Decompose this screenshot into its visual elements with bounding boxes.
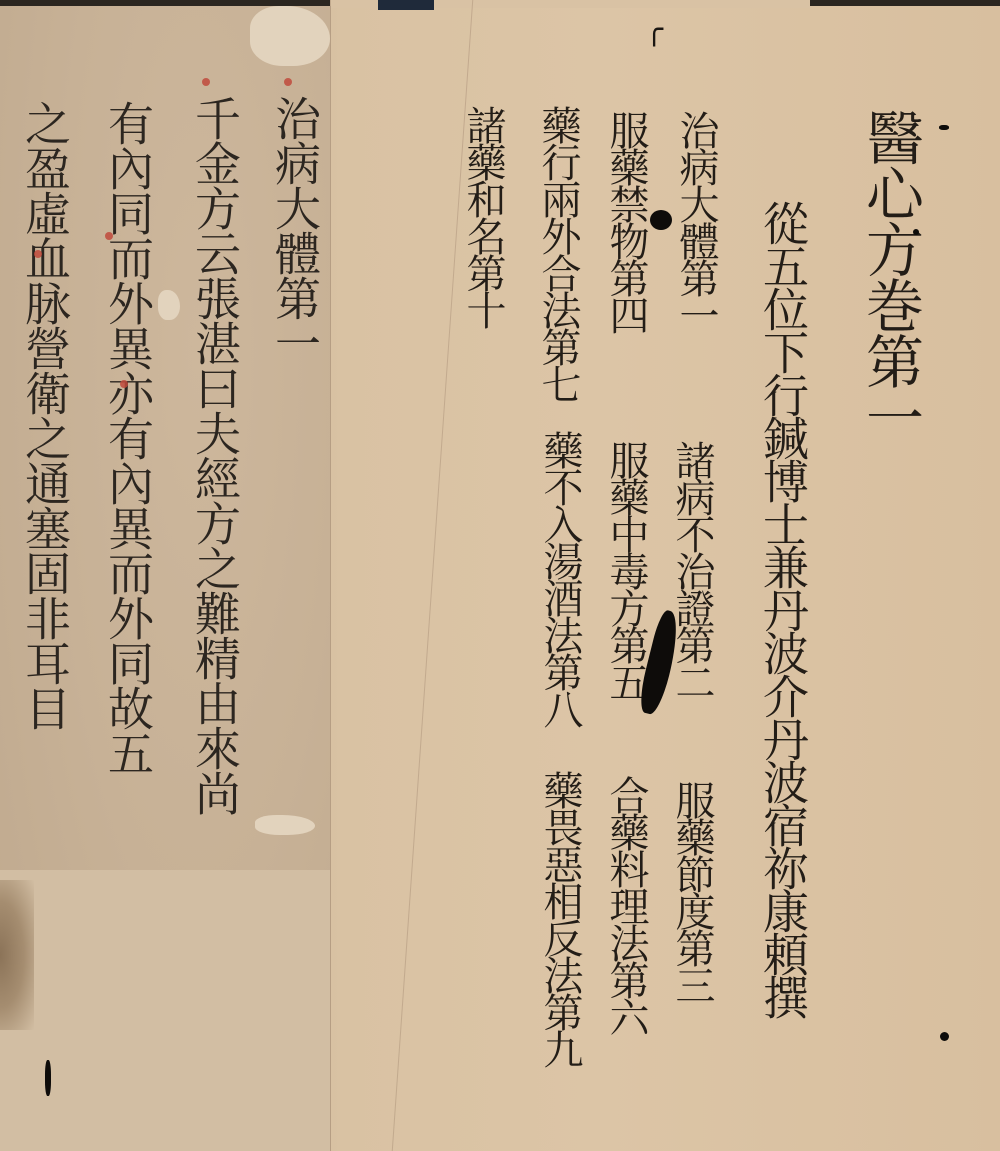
- red-punctuation-dot: [284, 78, 292, 86]
- ink-dot: [940, 1032, 949, 1041]
- ink-dot: [650, 210, 672, 230]
- toc-entry: 治病大體第一: [668, 110, 725, 332]
- left-column-3: 有內同而外異亦有內異而外同故五: [95, 100, 161, 775]
- toc-entry: 諸藥和名第十: [455, 105, 512, 327]
- toc-entry: 藥行兩外合法第七: [530, 105, 587, 401]
- toc-entry: 藥不入湯酒法第八: [532, 430, 589, 726]
- red-punctuation-dot: [34, 250, 42, 258]
- red-punctuation-dot: [120, 380, 128, 388]
- toc-entry: 合藥料理法第六: [598, 775, 655, 1034]
- toc-entry: 服藥禁物第四: [598, 110, 655, 332]
- ink-dot: [913, 229, 919, 235]
- page-fold: [330, 0, 331, 1151]
- left-column-4: 之盈虛血脉營衛之通塞固非耳目: [12, 100, 78, 730]
- left-page-lower-blank: [0, 870, 330, 1151]
- toc-entry: 服藥中毒方第五: [598, 440, 655, 699]
- binding-tab: [378, 0, 434, 10]
- red-punctuation-dot: [202, 78, 210, 86]
- paper-damage: [255, 815, 315, 835]
- author-line: 從五位下行鍼博士兼丹波介丹波宿祢康頼撰: [750, 200, 816, 1017]
- ink-dot: [939, 125, 949, 130]
- toc-entry: 服藥節度第三: [664, 780, 721, 1002]
- paper-damage: [158, 290, 180, 320]
- left-column-1: 治病大體第一: [262, 95, 328, 365]
- toc-entry: 藥畏惡相反法第九: [532, 770, 589, 1066]
- left-column-2: 千金方云張湛曰夫經方之難精由來尚: [182, 95, 248, 815]
- edge-stain: [0, 880, 34, 1030]
- book-title: 醫心方巻第一: [848, 108, 932, 444]
- margin-mark: ╭: [645, 12, 663, 47]
- ink-stroke: [45, 1060, 51, 1096]
- red-punctuation-dot: [105, 232, 113, 240]
